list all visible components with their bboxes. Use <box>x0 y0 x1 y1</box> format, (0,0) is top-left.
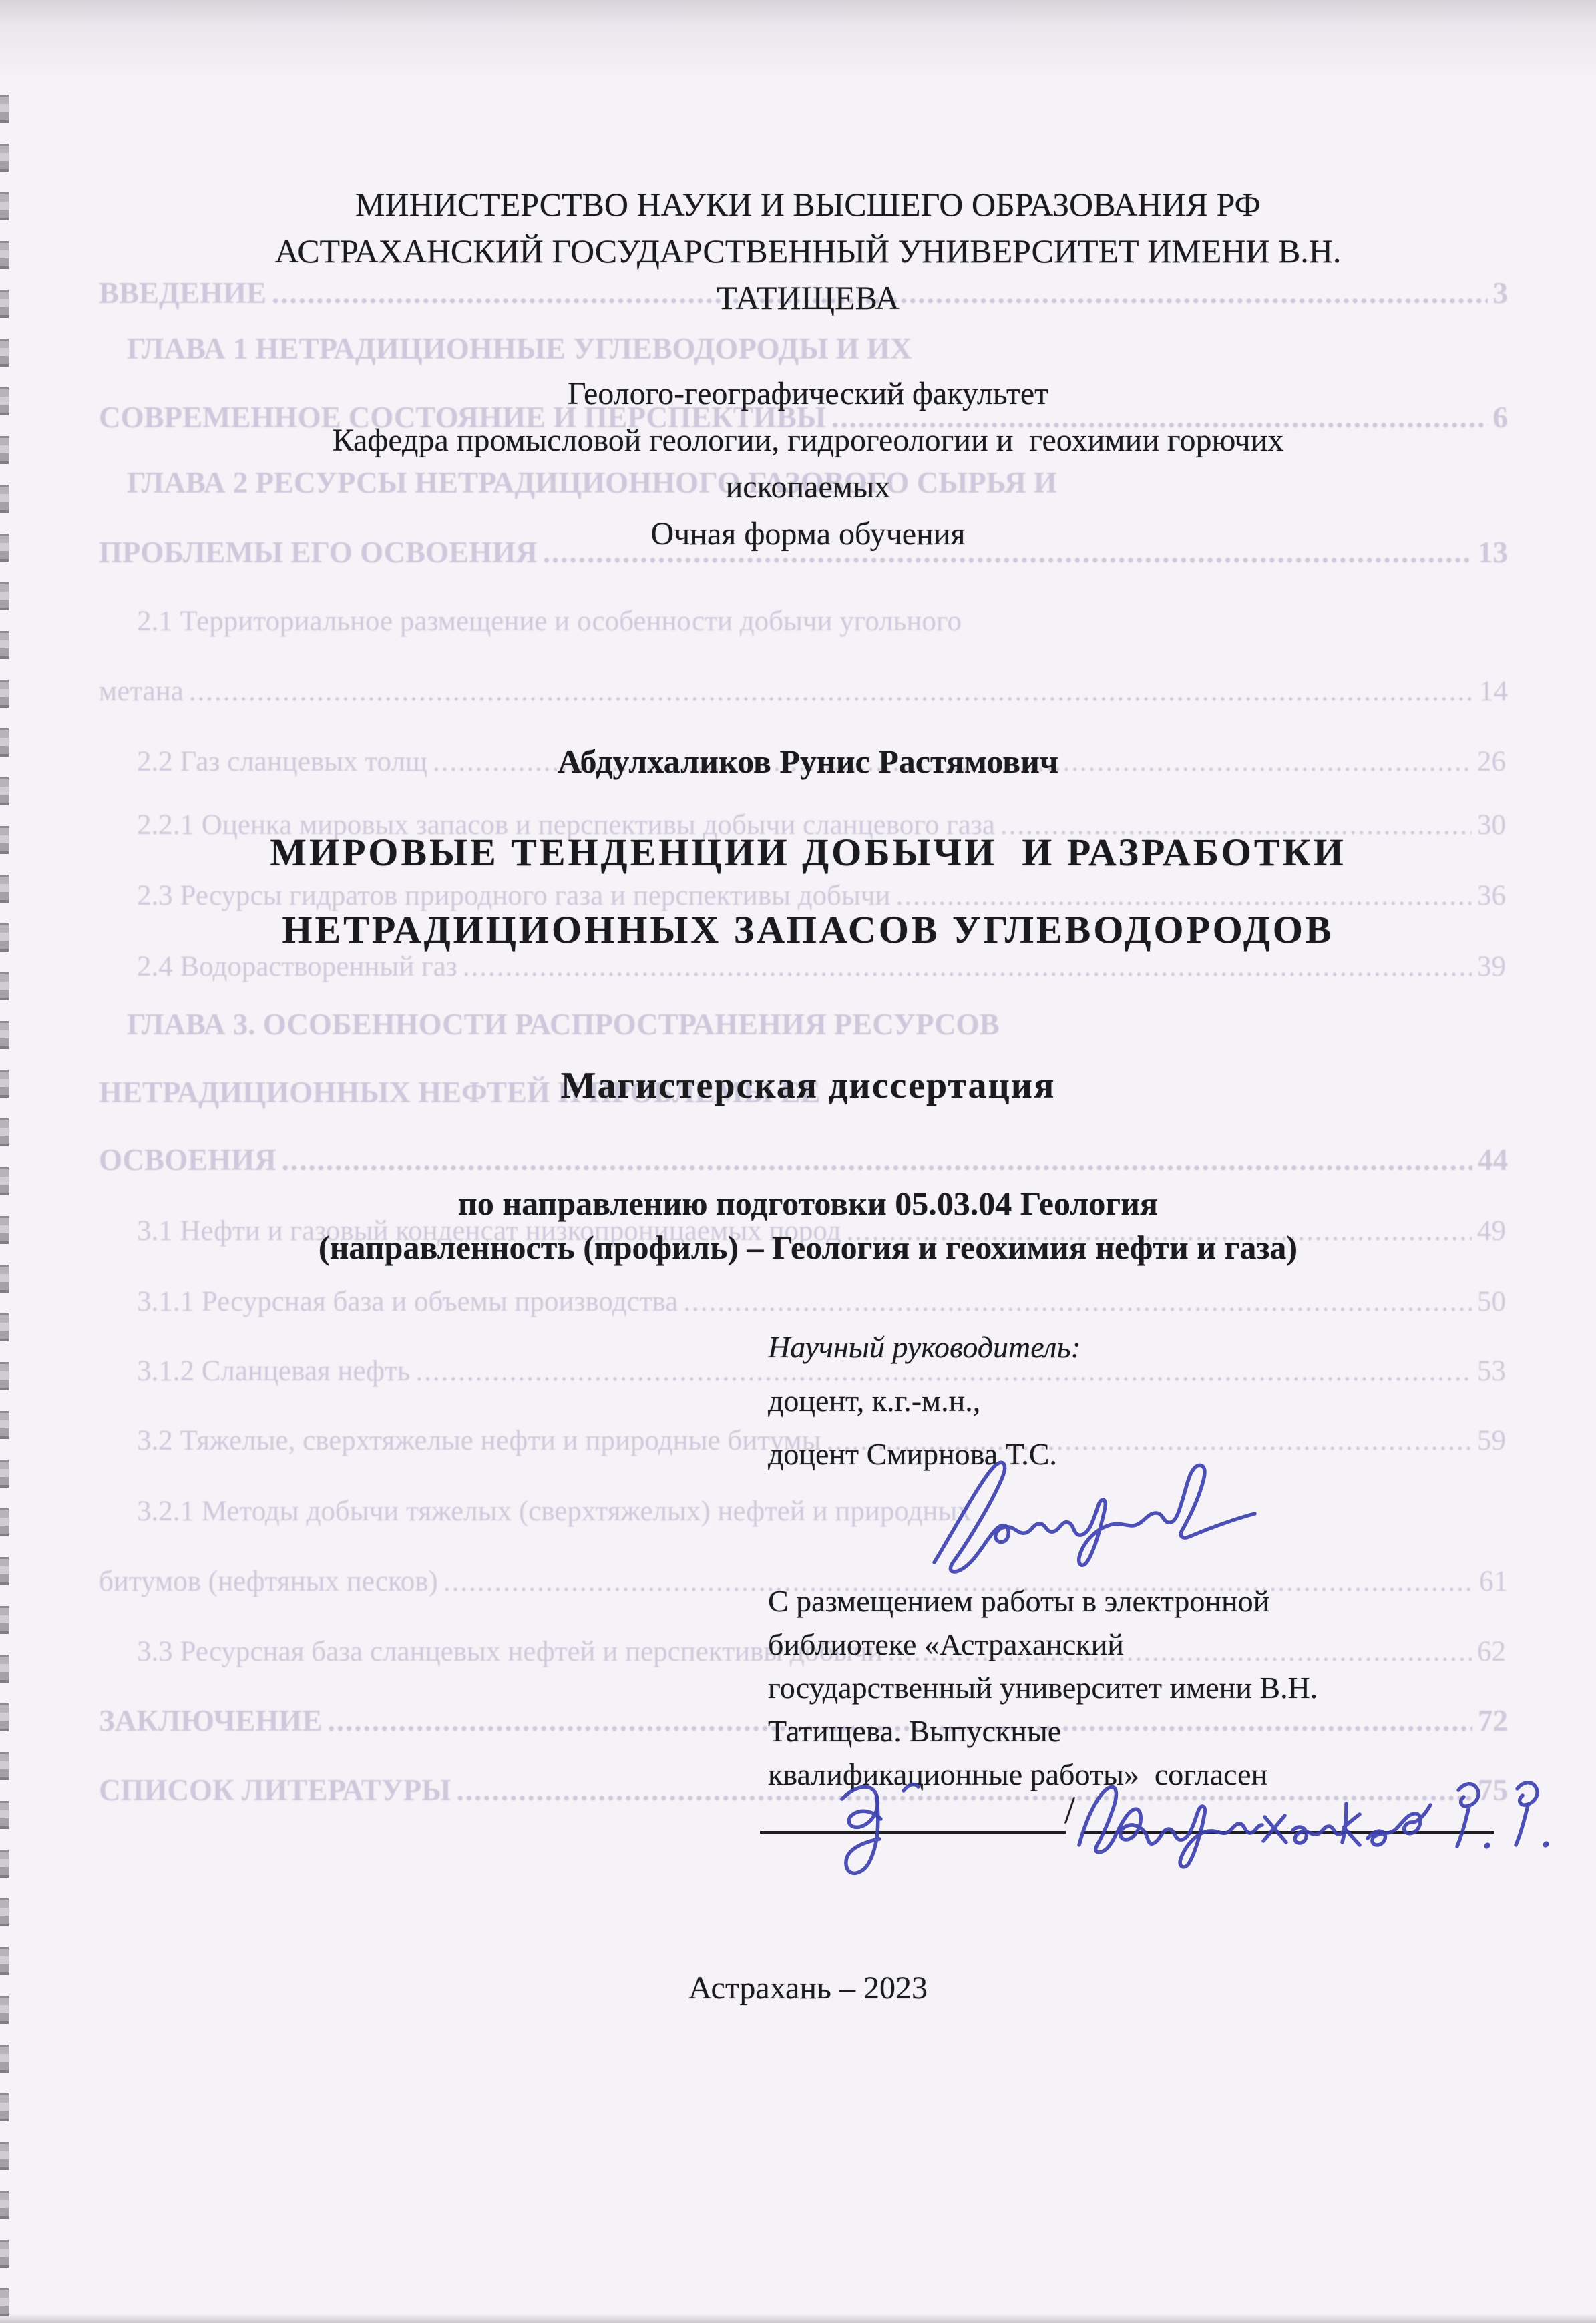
program-line-1: по направлению подготовки 05.03.04 Геоло… <box>40 1185 1576 1223</box>
author-name: Абдулхаликов Рунис Растямович <box>40 743 1576 781</box>
student-name-signature <box>1068 1766 1569 1876</box>
faculty-line: Геолого-географический факультет <box>40 375 1576 412</box>
scan-edge-shadow-bottom <box>0 2314 1596 2323</box>
university-line-2: ТАТИЩЕВА <box>40 279 1576 318</box>
bleed-toc-line: ГЛАВА 1 НЕТРАДИЦИОННЫЕ УГЛЕВОДОРОДЫ И ИХ <box>127 333 1507 366</box>
work-type: Магистерская диссертация <box>40 1064 1576 1107</box>
department-line-2: ископаемых <box>40 469 1576 505</box>
bleed-toc-line: 2.4 Водорастворенный газ ...............… <box>137 951 1506 982</box>
ministry-line: МИНИСТЕРСТВО НАУКИ И ВЫСШЕГО ОБРАЗОВАНИЯ… <box>40 186 1576 224</box>
bleed-toc-line: 2.3 Ресурсы гидратов природного газа и п… <box>137 880 1506 911</box>
study-form-line: Очная форма обучения <box>40 515 1576 552</box>
consent-line-4: Татищева. Выпускные <box>768 1714 1543 1749</box>
bleed-toc-line: 3.1.1 Ресурсная база и объемы производст… <box>137 1286 1506 1317</box>
program-line-2: (направленность (профиль) – Геология и г… <box>40 1229 1576 1267</box>
supervisor-signature <box>925 1450 1265 1587</box>
bleed-toc-line: ОСВОЕНИЯ ...............................… <box>99 1144 1508 1177</box>
supervisor-degree: доцент, к.г.-м.н., <box>768 1384 1543 1419</box>
student-initials-signature <box>818 1776 972 1886</box>
university-line: АСТРАХАНСКИЙ ГОСУДАРСТВЕННЫЙ УНИВЕРСИТЕТ… <box>40 232 1576 271</box>
scanned-title-page: ВВЕДЕНИЕ ...............................… <box>0 0 1596 2323</box>
bleed-toc-line: 2.1 Территориальное размещение и особенн… <box>137 606 1506 637</box>
thesis-title-line-1: МИРОВЫЕ ТЕНДЕНЦИИ ДОБЫЧИ И РАЗРАБОТКИ <box>40 831 1576 875</box>
consent-line-3: государственный университет имени В.Н. <box>768 1671 1543 1706</box>
scan-edge-shadow-top <box>0 0 1596 87</box>
department-line: Кафедра промысловой геологии, гидрогеоло… <box>40 422 1576 459</box>
bleed-toc-line: ГЛАВА 3. ОСОБЕННОСТИ РАСПРОСТРАНЕНИЯ РЕС… <box>127 1008 1507 1042</box>
bleed-toc-line: 3.2.1 Методы добычи тяжелых (сверхтяжелы… <box>137 1496 1506 1527</box>
bleed-toc-line: метана .................................… <box>99 676 1508 707</box>
binding-holes <box>0 85 9 2323</box>
city-year-line: Астрахань – 2023 <box>40 1970 1576 2007</box>
consent-line-2: библиотеке «Астраханский <box>768 1627 1543 1663</box>
consent-line-1: С размещением работы в электронной <box>768 1584 1543 1619</box>
thesis-title-line-2: НЕТРАДИЦИОННЫХ ЗАПАСОВ УГЛЕВОДОРОДОВ <box>40 908 1576 953</box>
supervisor-label: Научный руководитель: <box>768 1330 1543 1365</box>
